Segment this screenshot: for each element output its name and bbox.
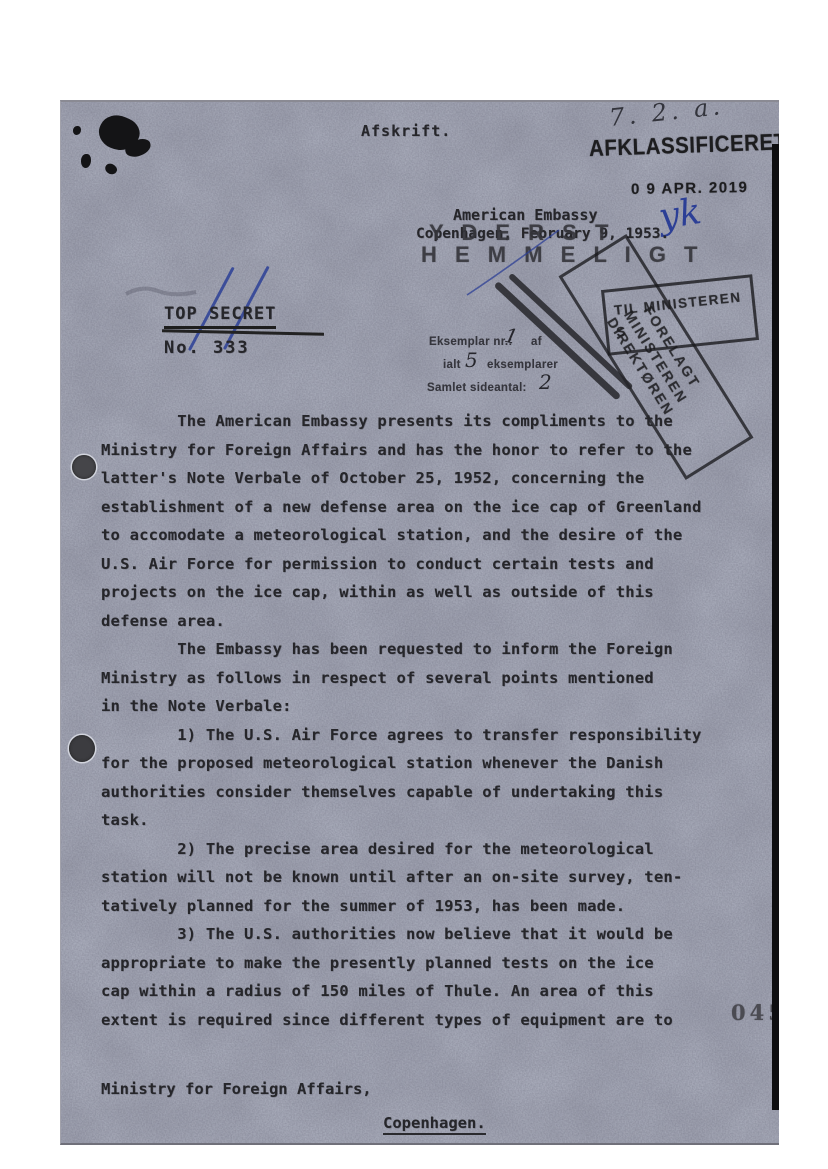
punch-hole	[69, 735, 95, 762]
handwritten-archive-ref: 7. 2. a.	[608, 100, 725, 132]
routing-stamp-box-line2: S	[615, 321, 628, 344]
copy-form-suffix1: af	[531, 336, 542, 348]
copy-form-label1: Eksemplar nr.:	[429, 336, 512, 348]
document-number: No. 333	[164, 338, 250, 358]
copy-form-label3: Samlet sideantal:	[427, 382, 527, 394]
routing-stamp-box-line1: TIL MINISTEREN	[613, 287, 743, 322]
scanned-document-canvas: Afskrift. 7. 2. a. AFKLASSIFICERET 0 9 A…	[0, 0, 828, 1169]
body-text: The American Embassy presents its compli…	[101, 407, 741, 1034]
document-page: Afskrift. 7. 2. a. AFKLASSIFICERET 0 9 A…	[60, 100, 779, 1145]
addressee-line1: Ministry for Foreign Affairs,	[101, 1080, 372, 1098]
declassified-stamp: AFKLASSIFICERET	[589, 129, 779, 163]
punch-hole	[72, 455, 96, 479]
addressee-line2: Copenhagen.	[383, 1114, 486, 1135]
copy-form-value1: 1	[503, 323, 520, 349]
secrecy-stamp-line2: H E M M E L I G T	[421, 242, 704, 268]
ink-blot-speck	[81, 154, 91, 168]
copy-label: Afskrift.	[361, 122, 451, 140]
copy-form-value3: 2	[539, 370, 552, 394]
copy-form-value2: 5	[465, 348, 478, 372]
classification-label: TOP SECRET	[164, 304, 276, 329]
classification-underline	[162, 329, 324, 335]
ink-blot-speck	[103, 161, 119, 176]
ink-blot-speck	[73, 126, 81, 135]
scan-edge-shadow	[772, 144, 779, 1110]
copy-form-prefix2: ialt	[443, 359, 461, 371]
